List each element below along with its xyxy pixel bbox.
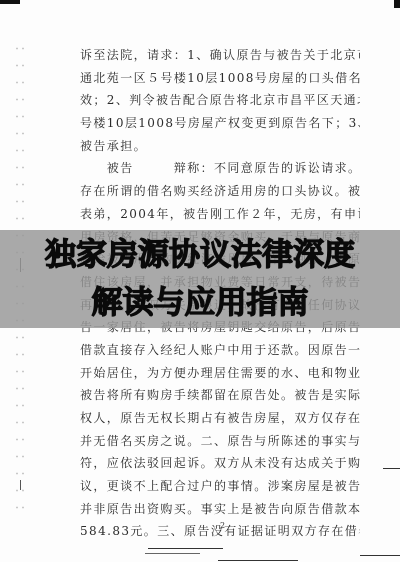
text-line: 并无借名买房之说。二、原告与所陈述的事实与实际严重不 — [80, 430, 360, 453]
text-line: 效；2、判令被告配合原告将北京市昌平区天通北苑一区５ — [80, 89, 360, 112]
text-line: 存在所谓的借名购买经济适用房的口头协议。被告是原告的 — [80, 180, 360, 203]
banner-title-line1: 独家房源协议法律深度 — [0, 238, 400, 272]
text-line: 符，应依法驳回起诉。双方从未没有达成关于购买房屋的协 — [80, 452, 360, 475]
text-line: 借款直接存入经纪人账户中用于还款。因原告一家从新房交 — [80, 339, 360, 362]
scan-rule — [360, 555, 400, 556]
text-line: 表弟，2004年，被告刚工作２年，无房，有申请购买经济适 — [80, 203, 360, 226]
text-line: 被告 辩称：不同意原告的诉讼请求。一、双方不 — [80, 157, 360, 180]
banner-title-line2: 解读与应用指南 — [0, 286, 400, 320]
text-line: 诉至法院，请求：1、确认原告与被告关于北京市昌平区天 — [80, 44, 360, 67]
text-line: 被告将所有购房手续都留在原告处。被告是实际出资人及产 — [80, 384, 360, 407]
text-line: 通北苑一区５号楼10层1008号房屋的口头借名买房协议有 — [80, 67, 360, 90]
text-line: 并非原告出资购买。事实上是被告向原告借款本息共计295 — [80, 498, 360, 521]
page-number: 2 — [220, 521, 225, 530]
scan-corner-mark-right — [394, 0, 400, 8]
scan-rule — [148, 548, 223, 549]
text-line: 被告承担。 — [80, 135, 360, 158]
text-line: 权人，原告无权长期占有被告房屋，双方仅存在借贷关系， — [80, 407, 360, 430]
margin-mark — [20, 480, 21, 490]
scan-rule — [145, 553, 200, 554]
scan-corner-mark-left — [0, 0, 20, 4]
margin-dash — [383, 468, 400, 469]
text-line: 开始居住，为方便办理居住需要的水、电和物业等各种手续， — [80, 362, 360, 385]
scan-rule — [218, 560, 298, 561]
text-line: 号楼10层1008号房屋产权变更到原告名下；3、诉讼费由 — [80, 112, 360, 135]
text-line: 议，更谈不上配合过户的事情。涉案房屋是被告出资购买， — [80, 475, 360, 498]
